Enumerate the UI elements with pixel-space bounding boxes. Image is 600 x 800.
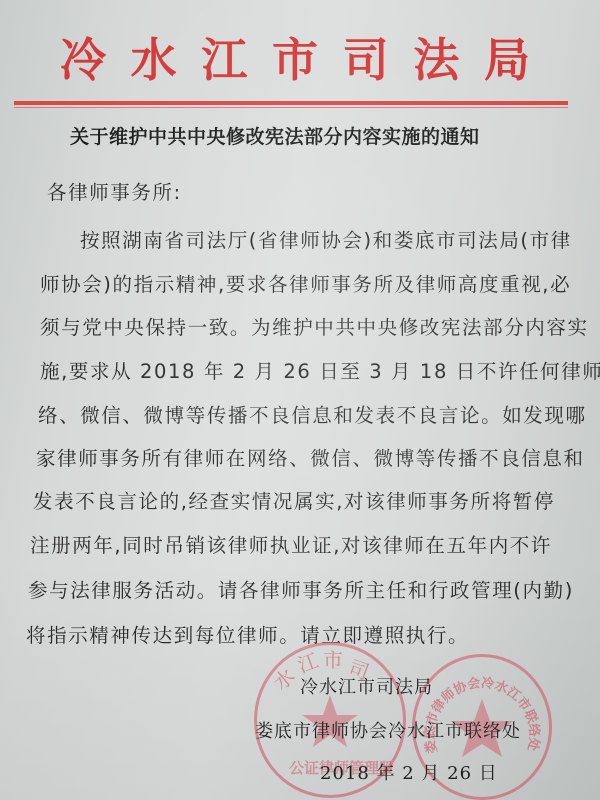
- salutation: 各律师事务所:: [47, 180, 182, 206]
- svg-text:市: 市: [323, 648, 343, 672]
- masthead-char: 水: [126, 30, 182, 90]
- issuer-1: 冷水江市司法局: [300, 676, 433, 700]
- body-line: 施,要求从 2018 年 2 月 26 日至 3 月 18 日不许任何律师在网: [40, 359, 600, 385]
- body-line: 发表不良言论的,经查实情况属实,对该律师事务所将暂停: [33, 489, 555, 515]
- masthead-char: 江: [196, 30, 252, 90]
- body-line: 按照湖南省司法厅(省律师协会)和娄底市司法局(市律: [80, 228, 572, 254]
- body-line: 家律师事务所有律师在网络、微信、微博等传播不良信息和: [36, 446, 585, 472]
- body-line: 须与党中央保持一致。为维护中共中央修改宪法部分内容实: [40, 315, 589, 341]
- body-line: 注册两年,同时吊销该律师执业证,对该律师在五年内不许: [30, 533, 552, 559]
- svg-text:水: 水: [269, 664, 300, 695]
- svg-text:江: 江: [295, 648, 322, 677]
- masthead-divider-thick: [14, 101, 568, 105]
- masthead-divider-thin: [14, 107, 568, 108]
- issuer-2: 娄底市律师协会冷水江市联络处: [255, 720, 521, 744]
- notice-title: 关于维护中共中央修改宪法部分内容实施的通知: [70, 124, 480, 150]
- body-line: 络、微信、微博等传播不良信息和发表不良言论。如发现哪: [38, 403, 587, 429]
- body-line: 参与法律服务活动。请各律师事务所主任和行政管理(内勤): [28, 578, 574, 604]
- masthead-char: 司: [338, 30, 394, 90]
- masthead-char: 市: [267, 30, 323, 90]
- issue-date: 2018 年 2 月 26 日: [320, 762, 498, 786]
- document-page: 冷 水 江 市 司 法 局 关于维护中共中央修改宪法部分内容实施的通知 各律师事…: [0, 0, 600, 800]
- masthead-char: 冷: [55, 30, 111, 90]
- masthead-char: 局: [479, 30, 535, 90]
- body-line: 师协会)的指示精神,要求各律师事务所及律师高度重视,必: [40, 272, 571, 298]
- masthead-title: 冷 水 江 市 司 法 局: [55, 30, 535, 90]
- masthead-char: 法: [408, 30, 464, 90]
